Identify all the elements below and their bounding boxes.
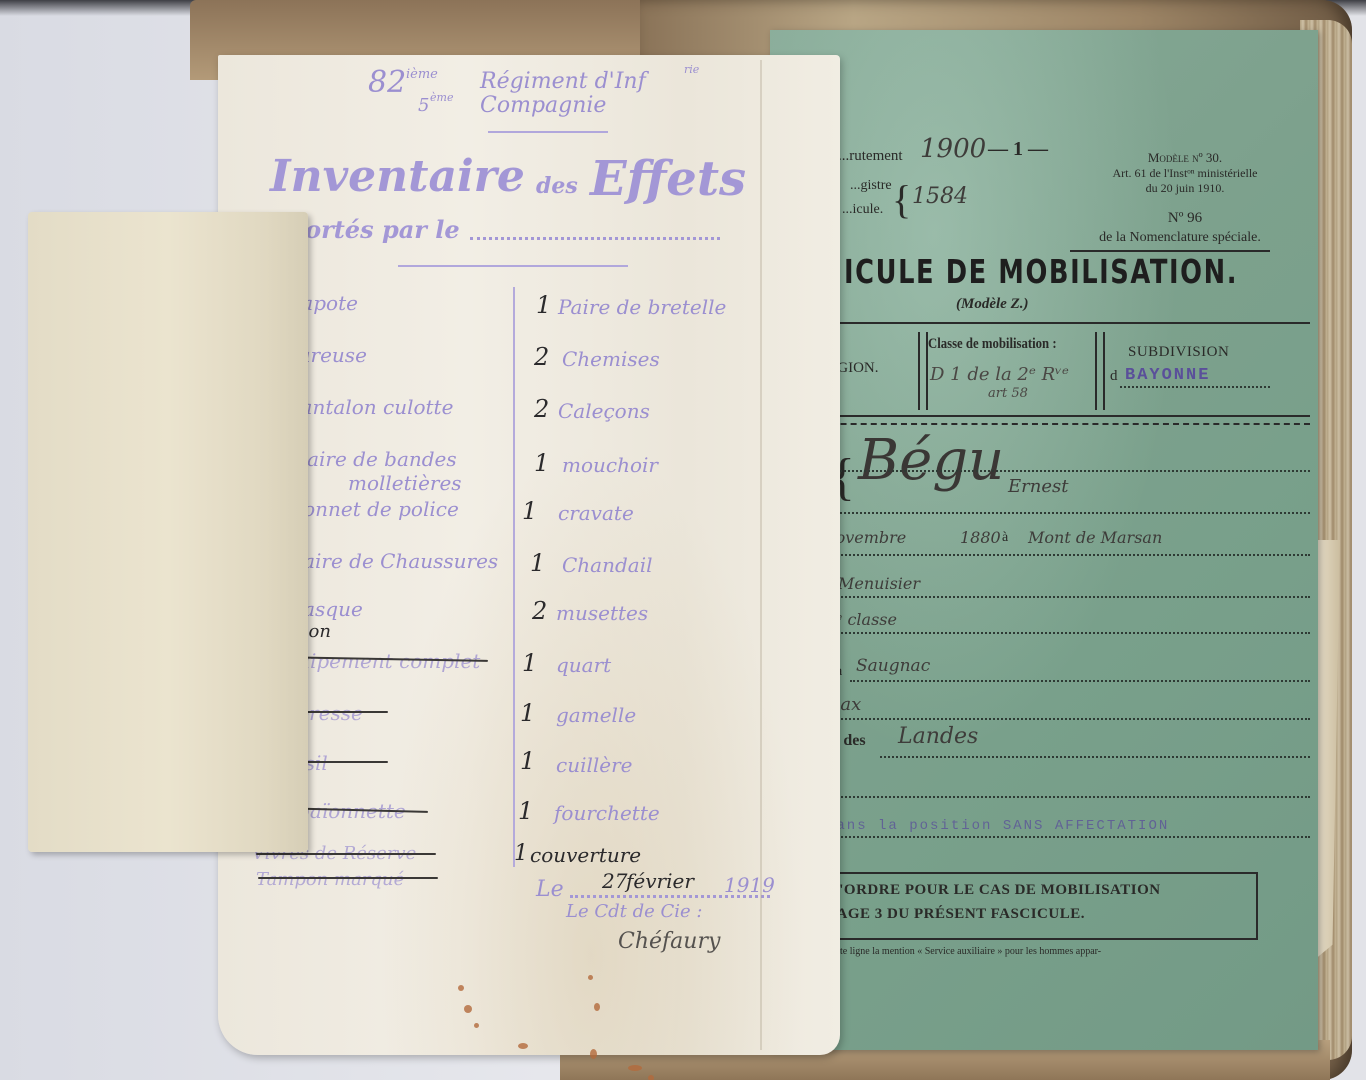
company-number: 5 (418, 95, 429, 116)
qty: 1 (520, 747, 535, 775)
table-bottom-rule (770, 415, 1310, 417)
registre-label: ...gistre (850, 178, 892, 194)
dotted-line (810, 554, 1310, 556)
table-bottom-rule (770, 422, 1310, 425)
right-item: Chemises (562, 347, 660, 371)
company-suffix: ème (430, 91, 453, 104)
dotted-line (810, 796, 1310, 798)
mobilisation-booklet: ...rutement 1900 — 1 — ...gistre ...icul… (770, 30, 1318, 1050)
department: Landes (898, 724, 978, 749)
qty: 2 (534, 343, 549, 371)
qty: 1 (520, 699, 535, 727)
strike-line (256, 853, 436, 855)
right-item: cravate (558, 501, 634, 525)
table-top-rule (770, 322, 1310, 324)
dotted-line (830, 632, 1310, 634)
rust-stain (648, 1075, 654, 1080)
regiment-suffix: ième (406, 67, 438, 82)
inventory-title-part1: Inventaire (270, 151, 525, 202)
company-label: Compagnie (480, 93, 606, 118)
dotted-line (880, 756, 1310, 758)
nomenclature-label: de la Nomenclature spéciale. (1050, 230, 1310, 246)
nomenclature-number: Nº 96 (1100, 210, 1270, 227)
title-underline (398, 265, 628, 267)
dotted-line (810, 718, 1310, 720)
rust-stain (628, 1065, 642, 1071)
regiment-number: 82 (368, 65, 406, 100)
dotted-line (1120, 386, 1270, 388)
left-item: ...aire de bandes (288, 447, 457, 471)
birth-year: 1880 (960, 528, 1001, 547)
subtitle-dots (470, 237, 720, 240)
rust-stain (464, 1005, 472, 1013)
right-item: gamelle (556, 703, 636, 727)
inventory-title-part2: Effets (590, 151, 746, 207)
rust-stain (594, 1003, 600, 1011)
subdivision-value: BAYONNE (1125, 366, 1210, 385)
right-item: Paire de bretelle (558, 295, 726, 319)
qty: 1 (514, 841, 528, 866)
dotted-line (810, 836, 1310, 838)
birth-place-prefix: à (1002, 530, 1008, 546)
notice-line-2: PAGE 3 DU PRÉSENT FASCICULE. (828, 906, 1085, 923)
classe-note: art 58 (988, 386, 1028, 401)
signature: Chéfaury (618, 929, 720, 954)
left-item-struck: Tampon marqué (256, 869, 404, 890)
classe-value: D 1 de la 2ᵉ Rᵛᵉ (930, 364, 1069, 385)
main-title: ...ICULE DE MOBILISATION. (810, 252, 1238, 291)
table-col-rule (918, 332, 928, 410)
rust-stain (518, 1043, 528, 1049)
header-underline (488, 131, 608, 133)
right-item: fourchette (554, 801, 660, 825)
subdivision-prefix: d (1110, 368, 1118, 385)
left-item: Pantalon culotte (288, 395, 453, 419)
recrutement-year: 1900 (920, 134, 986, 164)
date-year: 1919 (724, 873, 775, 897)
qty: 1 (534, 449, 549, 477)
left-item: ...onnet de police (284, 497, 459, 521)
birth-place: Mont de Marsan (1028, 528, 1162, 547)
dotted-line (820, 470, 1310, 472)
right-item: Caleçons (558, 399, 650, 423)
right-item: cuillère (556, 753, 633, 777)
first-name: Ernest (1008, 476, 1068, 497)
recrutement-label: ...rutement (838, 148, 903, 165)
matricule-number: 1584 (912, 184, 968, 209)
right-item: Chandail (562, 553, 653, 577)
matricule-label: ...icule. (842, 202, 883, 218)
date-day: 27 (602, 869, 627, 893)
regiment-abbr-sup: rie (684, 63, 699, 76)
right-item: mouchoir (562, 453, 658, 477)
profession: Menuisier (838, 574, 920, 593)
classe-label: Classe de mobilisation : (928, 336, 1057, 353)
surname: Bégu (858, 428, 1004, 493)
sheet-fold-line (760, 60, 762, 1050)
folded-paper-flap (28, 212, 308, 852)
rust-stain (590, 1049, 597, 1059)
left-item: ...aire de Chaussures (284, 549, 498, 573)
notice-line-1: ...L'ORDRE POUR LE CAS DE MOBILISATION (816, 882, 1161, 899)
strike-line (258, 877, 438, 879)
right-item: quart (556, 653, 611, 677)
dotted-line (830, 596, 1310, 598)
date-month: février (626, 869, 694, 893)
qty: 2 (534, 395, 549, 423)
footnote-line-1: ...ur cette ligne la mention « Service a… (810, 946, 1101, 957)
qty: 1 (530, 549, 545, 577)
rust-stain (474, 1023, 479, 1028)
regiment-label: Régiment d'Inf (480, 69, 646, 94)
date-prefix: Le (536, 877, 564, 902)
qty: 1 (522, 497, 537, 525)
qty: 1 (536, 291, 551, 319)
rust-stain (458, 985, 464, 991)
dotted-line (850, 680, 1310, 682)
dotted-line (820, 512, 1310, 514)
mobilisation-notice-box: ...L'ORDRE POUR LE CAS DE MOBILISATION P… (806, 872, 1258, 940)
inventory-title-des: des (536, 173, 578, 199)
table-col-rule (1095, 332, 1105, 410)
subdivision-label: SUBDIVISION (1128, 344, 1229, 361)
signatory-label: Le Cdt de Cie : (566, 901, 702, 922)
column-rule (513, 287, 515, 867)
left-item: molletières (348, 471, 462, 495)
qty: 2 (532, 597, 547, 625)
modele-line: Modèle nº 30. (1100, 150, 1270, 166)
instruction-date: du 20 juin 1910. (1070, 181, 1300, 196)
residence: Saugnac (856, 656, 930, 676)
qty: 1 (518, 797, 533, 825)
position-stamp: dans la position SANS AFFECTATION (826, 818, 1169, 834)
right-item-handwritten: couverture (530, 843, 641, 867)
instruction-line: Art. 61 de l'Instᵒⁿ ministérielle (1070, 166, 1300, 181)
rust-stain (588, 975, 593, 980)
qty: 1 (522, 649, 537, 677)
model-subtitle: (Modèle Z.) (956, 296, 1028, 313)
right-item: musettes (556, 601, 648, 625)
matricule-brace: { (892, 176, 911, 223)
page-marker: — 1 — (988, 138, 1048, 161)
inventory-sheet: 82 ième Régiment d'Inf rie 5 ème Compagn… (218, 55, 840, 1055)
